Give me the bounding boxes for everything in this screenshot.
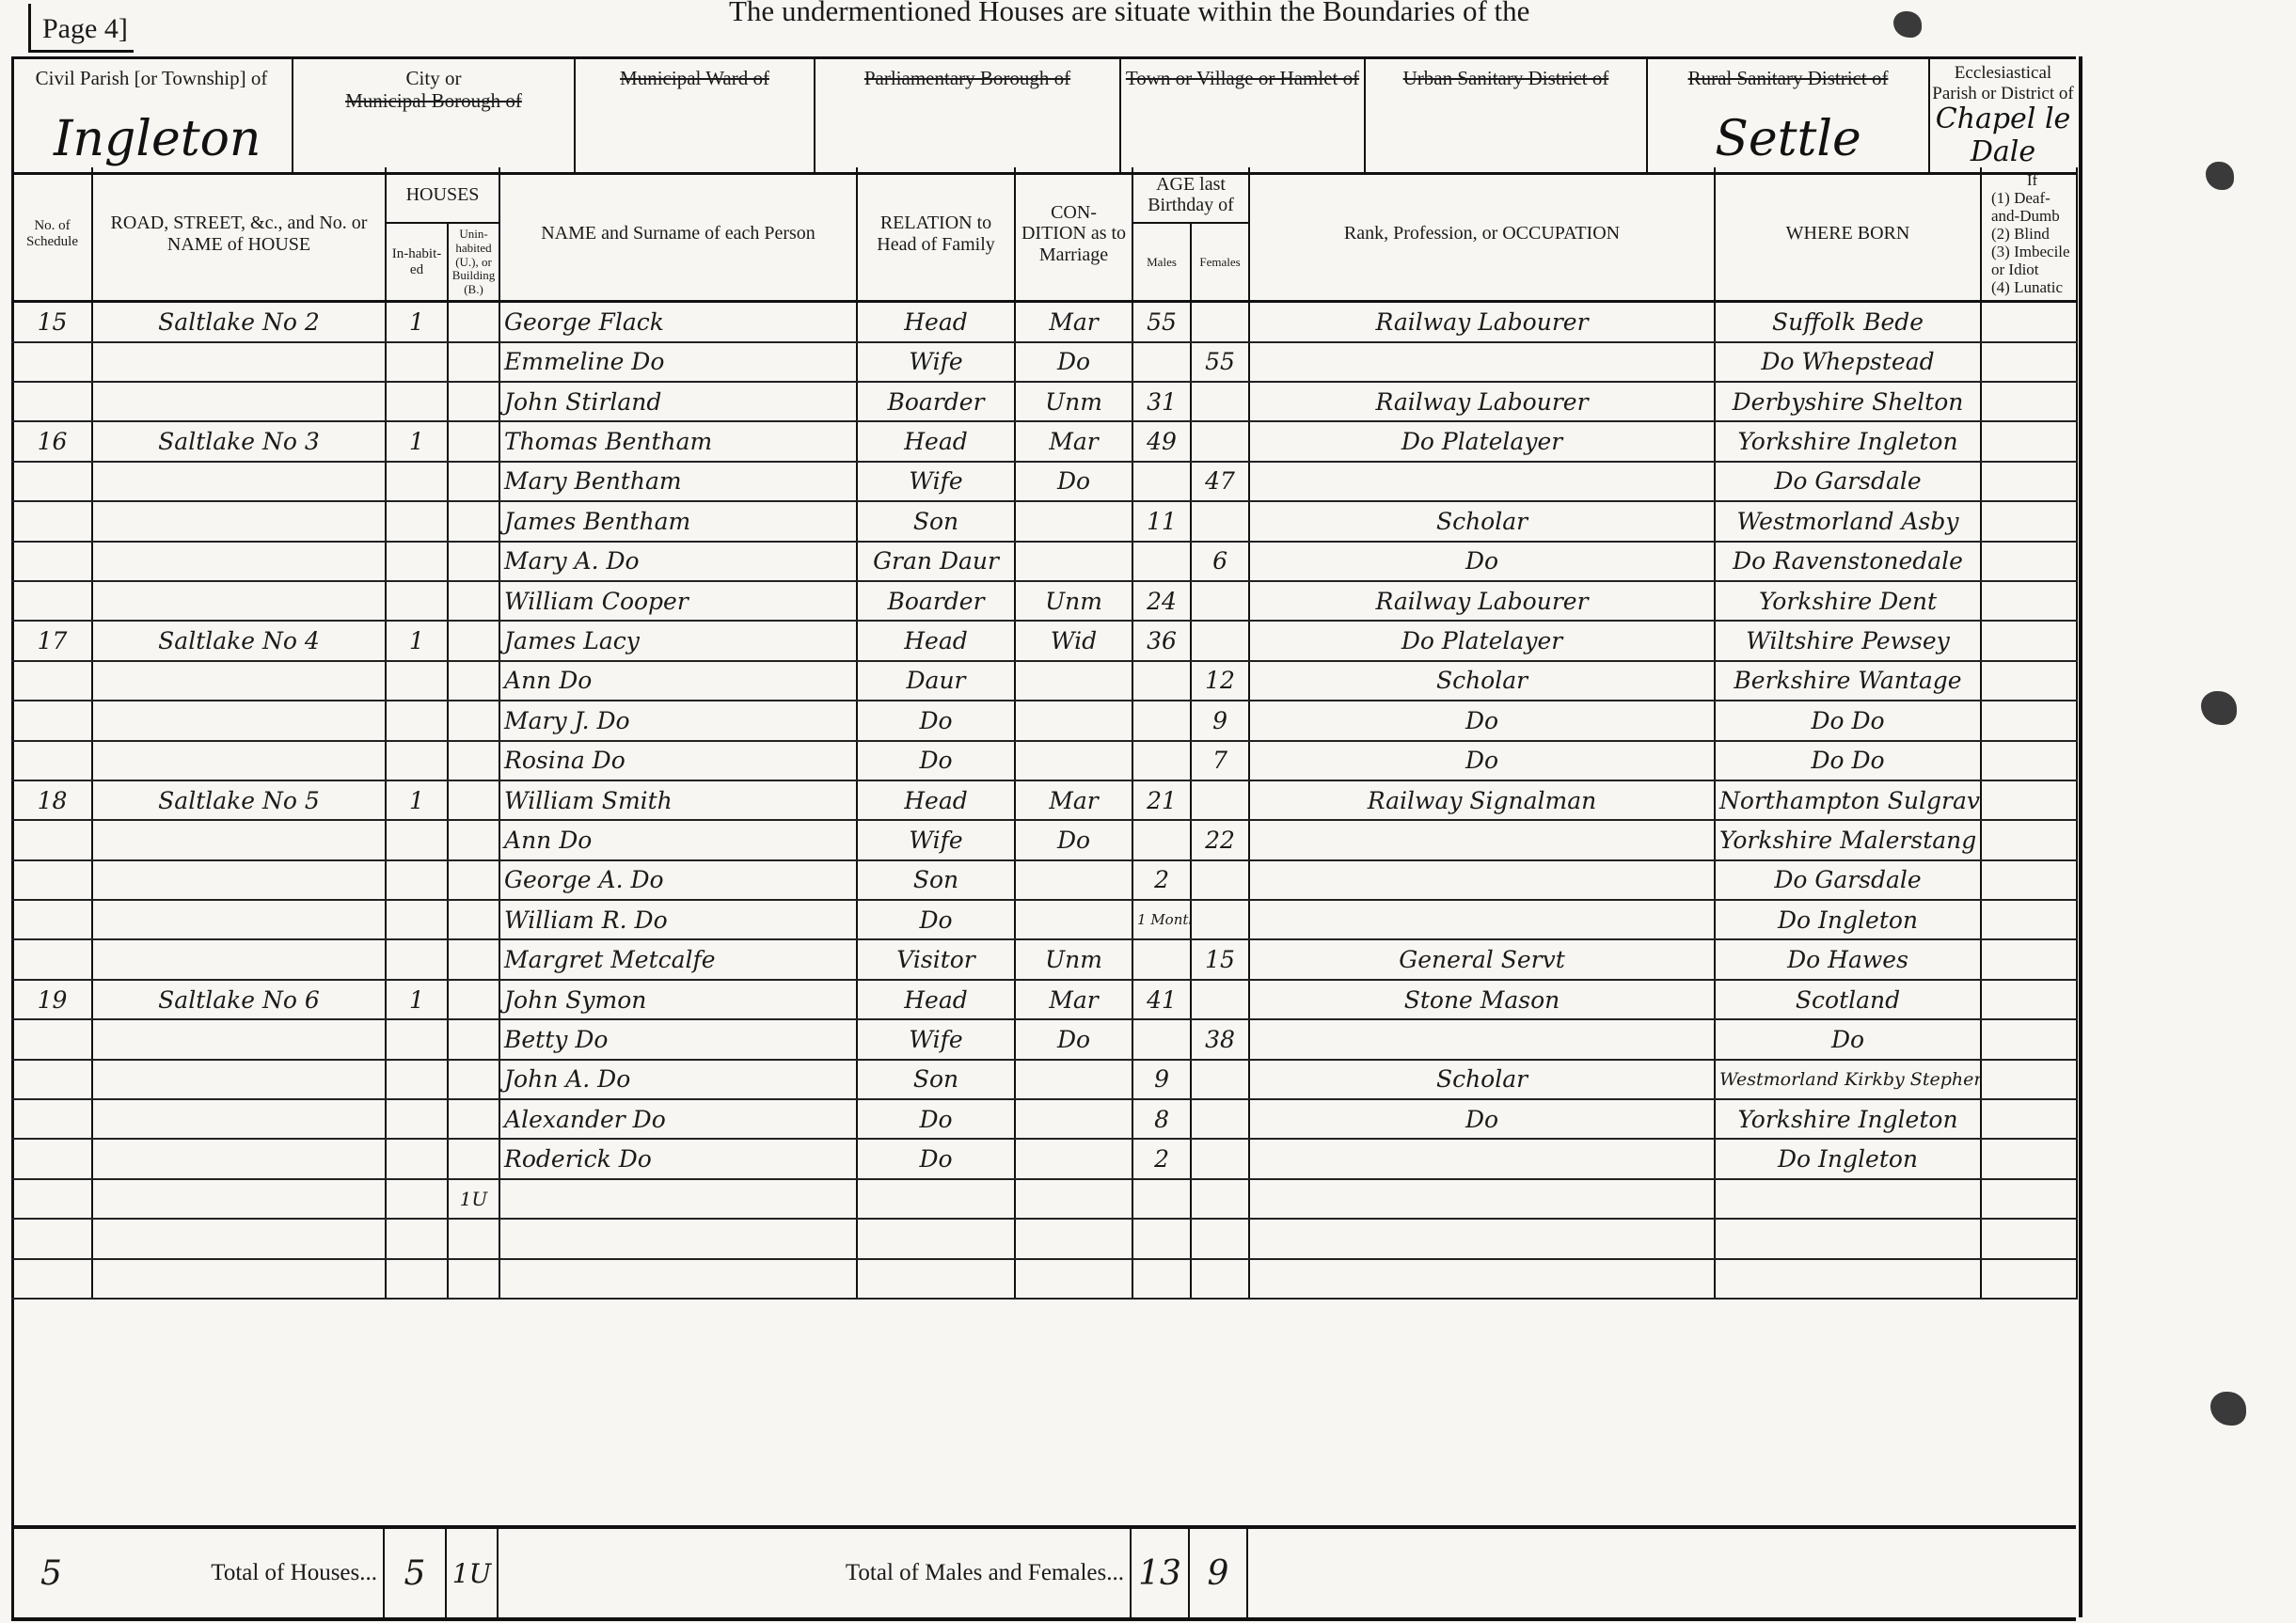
condition-cell xyxy=(1015,900,1132,939)
inhabited-cell xyxy=(386,741,448,780)
occupation-cell xyxy=(1249,1139,1715,1178)
inhabited-cell xyxy=(386,542,448,581)
condition-cell: Do xyxy=(1015,1019,1132,1059)
name-cell: William Cooper xyxy=(499,581,857,621)
condition-cell: Do xyxy=(1015,820,1132,859)
relation-cell: Do xyxy=(857,1099,1015,1139)
name-cell: Betty Do xyxy=(499,1019,857,1059)
uninhabited-cell xyxy=(448,980,499,1019)
where-born-cell xyxy=(1715,1179,1981,1219)
relation-cell: Do xyxy=(857,741,1015,780)
ink-blot-mark xyxy=(1893,11,1922,38)
inhabited-cell xyxy=(386,1179,448,1219)
table-row: Ann DoWifeDo22Yorkshire Malerstang xyxy=(12,820,2077,859)
schedule-cell xyxy=(12,1060,92,1099)
road-cell xyxy=(92,581,386,621)
relation-cell: Son xyxy=(857,501,1015,541)
infirmity-cell xyxy=(1981,860,2077,900)
inhabited-cell xyxy=(386,661,448,701)
road-cell xyxy=(92,701,386,740)
infirmity-cell xyxy=(1981,542,2077,581)
totals-row: 5 Total of Houses... 5 1U Total of Males… xyxy=(11,1525,2076,1621)
relation-cell: Boarder xyxy=(857,382,1015,421)
male-age-cell: 9 xyxy=(1132,1060,1191,1099)
infirmity-cell xyxy=(1981,1060,2077,1099)
infirmity-cell xyxy=(1981,820,2077,859)
schedule-cell xyxy=(12,661,92,701)
inhabited-cell: 1 xyxy=(386,421,448,461)
where-born-cell xyxy=(1715,1219,1981,1258)
female-age-cell xyxy=(1191,621,1249,660)
ink-blot-mark xyxy=(2206,162,2234,190)
inhabited-cell xyxy=(386,462,448,501)
table-row: 15Saltlake No 21George FlackHeadMar55Rai… xyxy=(12,302,2077,342)
female-age-cell: 15 xyxy=(1191,939,1249,979)
road-cell xyxy=(92,1139,386,1178)
uninhabited-cell xyxy=(448,581,499,621)
road-cell xyxy=(92,741,386,780)
boundary-municipal-borough: City or Municipal Borough of xyxy=(293,59,576,172)
occupation-cell: General Servt xyxy=(1249,939,1715,979)
condition-cell xyxy=(1015,701,1132,740)
uninhabited-cell xyxy=(448,462,499,501)
schedule-cell xyxy=(12,1139,92,1178)
occupation-cell: Do Platelayer xyxy=(1249,621,1715,660)
boundary-value: Chapel le Dale xyxy=(1930,103,2076,168)
uninhabited-cell xyxy=(448,860,499,900)
uninhabited-cell xyxy=(448,780,499,820)
where-born-cell: Northampton Sulgrave xyxy=(1715,780,1981,820)
name-cell: James Bentham xyxy=(499,501,857,541)
condition-cell: Do xyxy=(1015,342,1132,382)
female-age-cell: 6 xyxy=(1191,542,1249,581)
relation-cell: Do xyxy=(857,701,1015,740)
uninhabited-cell xyxy=(448,1259,499,1299)
relation-cell: Son xyxy=(857,1060,1015,1099)
relation-cell: Wife xyxy=(857,462,1015,501)
road-cell xyxy=(92,342,386,382)
boundary-label-struck: Rural Sanitary District of xyxy=(1648,67,1928,89)
female-age-cell xyxy=(1191,980,1249,1019)
male-age-cell: 24 xyxy=(1132,581,1191,621)
table-row xyxy=(12,1219,2077,1258)
where-born-cell: Westmorland Asby xyxy=(1715,501,1981,541)
male-age-cell xyxy=(1132,1259,1191,1299)
relation-cell: Son xyxy=(857,860,1015,900)
name-cell: Thomas Bentham xyxy=(499,421,857,461)
schedule-cell xyxy=(12,1099,92,1139)
where-born-cell: Do Do xyxy=(1715,741,1981,780)
road-cell: Saltlake No 5 xyxy=(92,780,386,820)
infirmity-cell xyxy=(1981,1099,2077,1139)
table-row: 1U xyxy=(12,1179,2077,1219)
total-houses-inhabited: 5 xyxy=(385,1529,447,1617)
infirmity-option: (1) Deaf-and-Dumb xyxy=(1991,189,2073,225)
table-row: Mary A. DoGran Daur6DoDo Ravenstonedale xyxy=(12,542,2077,581)
female-age-cell xyxy=(1191,1060,1249,1099)
col-houses: HOUSES xyxy=(386,167,499,223)
where-born-cell: Yorkshire Dent xyxy=(1715,581,1981,621)
table-row: Betty DoWifeDo38Do xyxy=(12,1019,2077,1059)
occupation-cell: Railway Labourer xyxy=(1249,581,1715,621)
col-inhabited: In-habit-ed xyxy=(386,223,448,301)
road-cell xyxy=(92,1219,386,1258)
total-schedules: 5 xyxy=(11,1529,91,1617)
inhabited-cell xyxy=(386,342,448,382)
condition-cell: Mar xyxy=(1015,421,1132,461)
uninhabited-cell xyxy=(448,741,499,780)
infirmity-cell xyxy=(1981,980,2077,1019)
occupation-cell: Do xyxy=(1249,741,1715,780)
condition-cell: Unm xyxy=(1015,382,1132,421)
uninhabited-cell xyxy=(448,421,499,461)
infirmity-cell xyxy=(1981,421,2077,461)
boundary-label-struck: Town or Village or Hamlet of xyxy=(1121,67,1364,89)
name-cell: Rosina Do xyxy=(499,741,857,780)
where-born-cell: Do Ingleton xyxy=(1715,900,1981,939)
male-age-cell xyxy=(1132,342,1191,382)
inhabited-cell xyxy=(386,501,448,541)
boundary-label-struck: Municipal Ward of xyxy=(576,67,814,89)
occupation-cell xyxy=(1249,1179,1715,1219)
table-row: John A. DoSon9ScholarWestmorland Kirkby … xyxy=(12,1060,2077,1099)
road-cell xyxy=(92,860,386,900)
occupation-cell: Do xyxy=(1249,542,1715,581)
male-age-cell xyxy=(1132,1219,1191,1258)
uninhabited-cell xyxy=(448,1019,499,1059)
schedule-cell: 17 xyxy=(12,621,92,660)
condition-cell xyxy=(1015,1060,1132,1099)
uninhabited-cell xyxy=(448,701,499,740)
female-age-cell xyxy=(1191,1259,1249,1299)
name-cell: Ann Do xyxy=(499,661,857,701)
schedule-cell: 15 xyxy=(12,302,92,342)
condition-cell: Mar xyxy=(1015,980,1132,1019)
female-age-cell: 38 xyxy=(1191,1019,1249,1059)
col-schedule: No. of Schedule xyxy=(12,167,92,302)
census-table: No. of Schedule ROAD, STREET, &c., and N… xyxy=(11,167,2078,1300)
uninhabited-cell xyxy=(448,820,499,859)
relation-cell: Gran Daur xyxy=(857,542,1015,581)
male-age-cell xyxy=(1132,701,1191,740)
condition-cell: Wid xyxy=(1015,621,1132,660)
schedule-cell: 18 xyxy=(12,780,92,820)
infirmity-cell xyxy=(1981,661,2077,701)
male-age-cell xyxy=(1132,542,1191,581)
table-row: William CooperBoarderUnm24Railway Labour… xyxy=(12,581,2077,621)
condition-cell xyxy=(1015,860,1132,900)
boundaries-header: Civil Parish [or Township] of Ingleton C… xyxy=(11,56,2076,175)
road-cell xyxy=(92,1259,386,1299)
occupation-cell xyxy=(1249,342,1715,382)
occupation-cell: Do xyxy=(1249,1099,1715,1139)
col-road: ROAD, STREET, &c., and No. or NAME of HO… xyxy=(92,167,386,302)
inhabited-cell xyxy=(386,900,448,939)
road-cell xyxy=(92,501,386,541)
col-condition: CON-DITION as to Marriage xyxy=(1015,167,1132,302)
totals-blank xyxy=(1248,1529,2076,1617)
total-houses-uninhabited: 1U xyxy=(447,1529,499,1617)
infirmity-cell xyxy=(1981,382,2077,421)
where-born-cell: Berkshire Wantage xyxy=(1715,661,1981,701)
total-males: 13 xyxy=(1132,1529,1190,1617)
where-born-cell: Do Ravenstonedale xyxy=(1715,542,1981,581)
uninhabited-cell xyxy=(448,342,499,382)
infirmity-cell xyxy=(1981,1259,2077,1299)
where-born-cell: Do Whepstead xyxy=(1715,342,1981,382)
male-age-cell: 1 Month xyxy=(1132,900,1191,939)
infirmity-cell xyxy=(1981,501,2077,541)
road-cell xyxy=(92,900,386,939)
boundary-civil-parish: Civil Parish [or Township] of Ingleton xyxy=(11,59,293,172)
road-cell xyxy=(92,382,386,421)
occupation-cell xyxy=(1249,462,1715,501)
name-cell: William Smith xyxy=(499,780,857,820)
schedule-cell xyxy=(12,1259,92,1299)
female-age-cell xyxy=(1191,1219,1249,1258)
male-age-cell: 55 xyxy=(1132,302,1191,342)
condition-cell: Mar xyxy=(1015,780,1132,820)
inhabited-cell xyxy=(386,1259,448,1299)
condition-cell: Unm xyxy=(1015,581,1132,621)
occupation-cell xyxy=(1249,1219,1715,1258)
infirmity-cell xyxy=(1981,1019,2077,1059)
male-age-cell xyxy=(1132,939,1191,979)
infirmity-cell xyxy=(1981,621,2077,660)
female-age-cell xyxy=(1191,382,1249,421)
relation-cell xyxy=(857,1179,1015,1219)
schedule-cell xyxy=(12,1179,92,1219)
condition-cell xyxy=(1015,1259,1132,1299)
infirmity-cell xyxy=(1981,939,2077,979)
uninhabited-cell xyxy=(448,542,499,581)
inhabited-cell: 1 xyxy=(386,302,448,342)
where-born-cell: Do Ingleton xyxy=(1715,1139,1981,1178)
female-age-cell: 47 xyxy=(1191,462,1249,501)
col-where-born: WHERE BORN xyxy=(1715,167,1981,302)
inhabited-cell: 1 xyxy=(386,780,448,820)
condition-cell: Unm xyxy=(1015,939,1132,979)
road-cell xyxy=(92,939,386,979)
infirmity-cell xyxy=(1981,1179,2077,1219)
relation-cell: Do xyxy=(857,900,1015,939)
infirmity-option: (4) Lunatic xyxy=(1991,278,2073,296)
infirmity-if: If xyxy=(1991,171,2073,189)
uninhabited-cell xyxy=(448,1060,499,1099)
boundary-label: Ecclesiastical Parish or District of xyxy=(1930,63,2076,104)
relation-cell: Wife xyxy=(857,1019,1015,1059)
infirmity-cell xyxy=(1981,780,2077,820)
road-cell xyxy=(92,1060,386,1099)
infirmity-cell xyxy=(1981,462,2077,501)
boundary-label: City or xyxy=(293,67,574,89)
inhabited-cell: 1 xyxy=(386,980,448,1019)
condition-cell xyxy=(1015,1139,1132,1178)
inhabited-cell xyxy=(386,1139,448,1178)
female-age-cell: 7 xyxy=(1191,741,1249,780)
female-age-cell xyxy=(1191,1099,1249,1139)
male-age-cell: 8 xyxy=(1132,1099,1191,1139)
where-born-cell: Yorkshire Ingleton xyxy=(1715,421,1981,461)
col-uninhabited: Unin-habited (U.), or Building (B.) xyxy=(448,223,499,301)
occupation-cell xyxy=(1249,1019,1715,1059)
boundary-value: Settle xyxy=(1648,112,1928,168)
condition-cell xyxy=(1015,1219,1132,1258)
schedule-cell xyxy=(12,701,92,740)
table-row: Ann DoDaur12ScholarBerkshire Wantage xyxy=(12,661,2077,701)
schedule-cell xyxy=(12,900,92,939)
female-age-cell xyxy=(1191,581,1249,621)
table-row: John StirlandBoarderUnm31Railway Laboure… xyxy=(12,382,2077,421)
boundary-parliamentary-borough: Parliamentary Borough of xyxy=(815,59,1121,172)
schedule-cell xyxy=(12,342,92,382)
schedule-cell xyxy=(12,581,92,621)
condition-cell xyxy=(1015,542,1132,581)
male-age-cell: 21 xyxy=(1132,780,1191,820)
table-row: Mary BenthamWifeDo47Do Garsdale xyxy=(12,462,2077,501)
name-cell xyxy=(499,1219,857,1258)
condition-cell: Do xyxy=(1015,462,1132,501)
male-age-cell xyxy=(1132,1179,1191,1219)
infirmity-cell xyxy=(1981,900,2077,939)
schedule-cell xyxy=(12,462,92,501)
infirmity-cell xyxy=(1981,1139,2077,1178)
condition-cell xyxy=(1015,501,1132,541)
col-relation: RELATION to Head of Family xyxy=(857,167,1015,302)
occupation-cell: Scholar xyxy=(1249,661,1715,701)
uninhabited-cell: 1U xyxy=(448,1179,499,1219)
col-age: AGE last Birthday of xyxy=(1132,167,1249,223)
name-cell: George Flack xyxy=(499,302,857,342)
road-cell xyxy=(92,820,386,859)
col-females: Females xyxy=(1191,223,1249,301)
table-row: Roderick DoDo2Do Ingleton xyxy=(12,1139,2077,1178)
col-infirmity: If (1) Deaf-and-Dumb (2) Blind (3) Imbec… xyxy=(1981,167,2077,302)
name-cell: John Stirland xyxy=(499,382,857,421)
uninhabited-cell xyxy=(448,1219,499,1258)
schedule-cell: 19 xyxy=(12,980,92,1019)
occupation-cell: Railway Labourer xyxy=(1249,382,1715,421)
inhabited-cell xyxy=(386,939,448,979)
name-cell: John A. Do xyxy=(499,1060,857,1099)
where-born-cell: Do Do xyxy=(1715,701,1981,740)
uninhabited-cell xyxy=(448,621,499,660)
table-row: William R. DoDo1 MonthDo Ingleton xyxy=(12,900,2077,939)
relation-cell: Wife xyxy=(857,342,1015,382)
where-born-cell: Yorkshire Ingleton xyxy=(1715,1099,1981,1139)
occupation-cell xyxy=(1249,820,1715,859)
relation-cell: Head xyxy=(857,780,1015,820)
road-cell: Saltlake No 3 xyxy=(92,421,386,461)
name-cell: William R. Do xyxy=(499,900,857,939)
occupation-cell xyxy=(1249,1259,1715,1299)
inhabited-cell xyxy=(386,820,448,859)
male-age-cell: 11 xyxy=(1132,501,1191,541)
table-row: George A. DoSon2Do Garsdale xyxy=(12,860,2077,900)
infirmity-option: (2) Blind xyxy=(1991,225,2073,243)
infirmity-cell xyxy=(1981,581,2077,621)
male-age-cell: 41 xyxy=(1132,980,1191,1019)
occupation-cell: Do Platelayer xyxy=(1249,421,1715,461)
schedule-cell: 16 xyxy=(12,421,92,461)
col-occupation: Rank, Profession, or OCCUPATION xyxy=(1249,167,1715,302)
occupation-cell: Railway Labourer xyxy=(1249,302,1715,342)
table-row: 16Saltlake No 31Thomas BenthamHeadMar49D… xyxy=(12,421,2077,461)
female-age-cell: 22 xyxy=(1191,820,1249,859)
infirmity-cell xyxy=(1981,701,2077,740)
where-born-cell: Yorkshire Malerstang xyxy=(1715,820,1981,859)
name-cell: Mary Bentham xyxy=(499,462,857,501)
inhabited-cell xyxy=(386,382,448,421)
where-born-cell: Scotland xyxy=(1715,980,1981,1019)
schedule-cell xyxy=(12,1219,92,1258)
inhabited-cell xyxy=(386,1219,448,1258)
name-cell: Mary A. Do xyxy=(499,542,857,581)
name-cell: Mary J. Do xyxy=(499,701,857,740)
female-age-cell xyxy=(1191,1179,1249,1219)
condition-cell xyxy=(1015,1179,1132,1219)
boundary-value: Ingleton xyxy=(11,112,292,168)
road-cell xyxy=(92,1179,386,1219)
schedule-cell xyxy=(12,860,92,900)
infirmity-cell xyxy=(1981,302,2077,342)
table-row: James BenthamSon11ScholarWestmorland Asb… xyxy=(12,501,2077,541)
male-age-cell xyxy=(1132,1019,1191,1059)
infirmity-cell xyxy=(1981,342,2077,382)
name-cell: Roderick Do xyxy=(499,1139,857,1178)
boundary-label-struck: Parliamentary Borough of xyxy=(815,67,1119,89)
table-row: Mary J. DoDo9DoDo Do xyxy=(12,701,2077,740)
condition-cell xyxy=(1015,1099,1132,1139)
male-age-cell xyxy=(1132,741,1191,780)
relation-cell: Do xyxy=(857,1139,1015,1178)
boundary-ecclesiastical: Ecclesiastical Parish or District of Cha… xyxy=(1930,59,2076,172)
infirmity-cell xyxy=(1981,741,2077,780)
male-age-cell xyxy=(1132,661,1191,701)
table-row: Alexander DoDo8DoYorkshire Ingleton xyxy=(12,1099,2077,1139)
male-age-cell xyxy=(1132,820,1191,859)
schedule-cell xyxy=(12,939,92,979)
condition-cell: Mar xyxy=(1015,302,1132,342)
table-row: Margret MetcalfeVisitorUnm15General Serv… xyxy=(12,939,2077,979)
occupation-cell: Stone Mason xyxy=(1249,980,1715,1019)
inhabited-cell xyxy=(386,1019,448,1059)
occupation-cell xyxy=(1249,860,1715,900)
col-males: Males xyxy=(1132,223,1191,301)
where-born-cell: Wiltshire Pewsey xyxy=(1715,621,1981,660)
table-row: 17Saltlake No 41James LacyHeadWid36Do Pl… xyxy=(12,621,2077,660)
total-females: 9 xyxy=(1190,1529,1248,1617)
uninhabited-cell xyxy=(448,501,499,541)
relation-cell: Head xyxy=(857,621,1015,660)
schedule-cell xyxy=(12,1019,92,1059)
occupation-cell: Do xyxy=(1249,701,1715,740)
uninhabited-cell xyxy=(448,900,499,939)
uninhabited-cell xyxy=(448,661,499,701)
census-page: Page 4] The undermentioned Houses are si… xyxy=(0,0,2296,1623)
infirmity-option: (3) Imbecile or Idiot xyxy=(1991,243,2073,278)
table-row: Rosina DoDo7DoDo Do xyxy=(12,741,2077,780)
name-cell: Ann Do xyxy=(499,820,857,859)
schedule-cell xyxy=(12,382,92,421)
where-born-cell: Do Garsdale xyxy=(1715,860,1981,900)
name-cell xyxy=(499,1259,857,1299)
male-age-cell xyxy=(1132,462,1191,501)
inhabited-cell: 1 xyxy=(386,621,448,660)
occupation-cell: Scholar xyxy=(1249,501,1715,541)
occupation-cell: Railway Signalman xyxy=(1249,780,1715,820)
name-cell: George A. Do xyxy=(499,860,857,900)
